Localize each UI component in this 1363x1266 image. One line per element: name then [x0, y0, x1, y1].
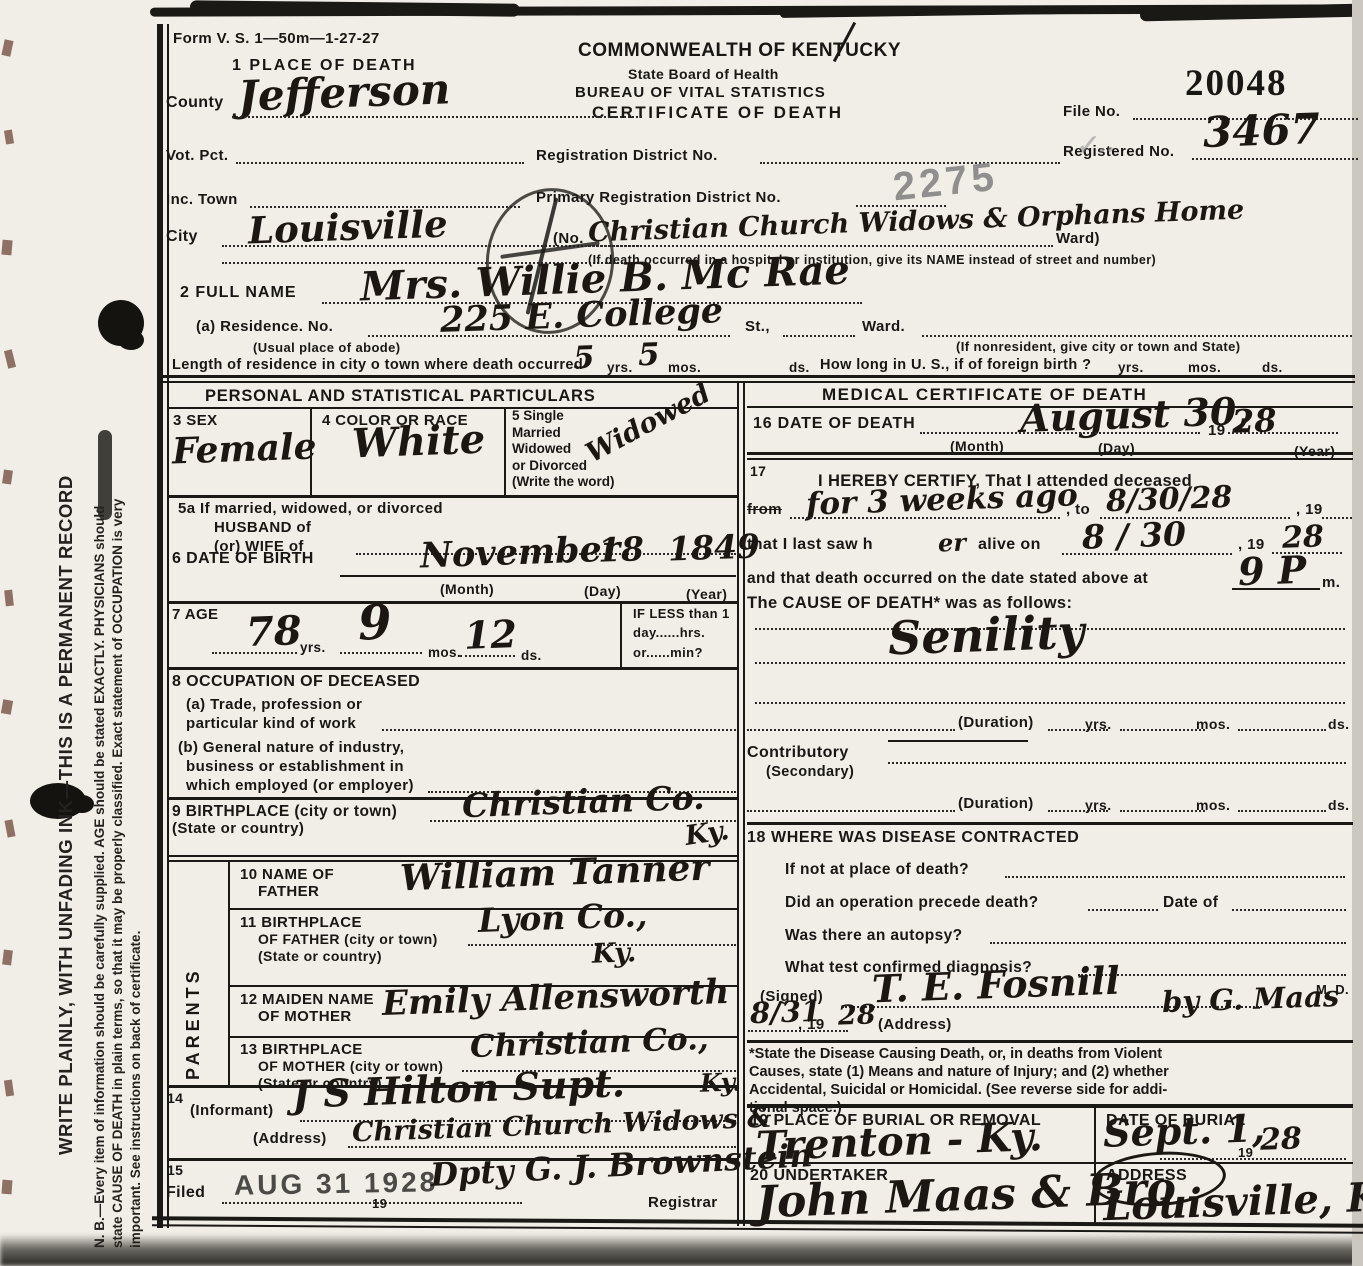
certificate-heading: CERTIFICATE OF DEATH: [592, 103, 843, 123]
board-heading: State Board of Health: [628, 66, 779, 82]
mother-birthplace-state: Ky.: [700, 1067, 742, 1097]
ward-close-label: Ward): [1056, 230, 1100, 247]
footnote-line: *State the Disease Causing Death, or, in…: [749, 1045, 1169, 1063]
informant-number: 14: [167, 1090, 183, 1106]
signed-address-label: (Address): [878, 1016, 952, 1033]
q-operation-line: [1088, 909, 1158, 911]
age-mos-label: mos.: [428, 645, 461, 660]
race-value: White: [351, 416, 486, 468]
dod-year-note: (Year): [1294, 443, 1335, 459]
last-saw-pronoun: er: [938, 528, 967, 558]
district-number-stamp: 2275: [891, 155, 1000, 211]
father-birthplace-label-line2: OF FATHER (city or town): [258, 931, 438, 947]
birthplace-value: Christian Co.: [461, 778, 705, 825]
q-not-at-place-label: If not at place of death?: [785, 861, 969, 879]
undertaker-address-value: Louisville, Ky: [1102, 1173, 1363, 1230]
q-autopsy-line: [990, 942, 1346, 944]
dob-day-note: (Day): [584, 583, 621, 599]
dob-month-note: (Month): [440, 581, 494, 597]
registered-no-value: 3467: [1202, 104, 1321, 157]
duration2-mos: mos.: [1196, 797, 1230, 813]
duration-line-b: [1120, 729, 1205, 731]
from-label: from: [747, 501, 782, 518]
margin-nb-note-line3: important. See instructions on back of c…: [128, 931, 143, 1248]
scan-edge-mark: [4, 1080, 14, 1097]
filed-number: 15: [167, 1162, 183, 1178]
street-label: St.,: [745, 318, 770, 335]
burial-year-value: 28: [1259, 1121, 1302, 1157]
filed-label: Filed: [166, 1184, 205, 1202]
file-no-label: File No.: [1063, 103, 1120, 120]
ward-label: Ward.: [862, 318, 905, 335]
duration-ds: ds.: [1328, 716, 1349, 732]
marital-label-line: 5 Single: [512, 408, 615, 425]
scan-right-edge: [1352, 0, 1363, 1266]
ward-line: [922, 335, 1352, 337]
duration2-lead-line: [747, 810, 955, 812]
institution-open-label: (No.: [553, 230, 584, 247]
duration-yrs: yrs.: [1085, 716, 1112, 732]
if-less-line2: day......hrs.: [633, 625, 705, 640]
duration-mos: mos.: [1196, 716, 1230, 732]
death-certificate-scan: WRITE PLAINLY, WITH UNFADING INK—THIS IS…: [0, 0, 1363, 1266]
inc-town-label: Inc. Town: [166, 191, 238, 208]
full-name-label: 2 FULL NAME: [180, 284, 296, 302]
mother-birthplace-value: Christian Co.,: [469, 1021, 709, 1065]
informant-label: (Informant): [190, 1102, 274, 1119]
birthplace-label: 9 BIRTHPLACE (city or town): [172, 803, 397, 821]
registrar-label: Registrar: [648, 1194, 717, 1211]
scan-edge-mark: [1, 39, 13, 57]
duration-lead-line: [747, 729, 955, 731]
dob-month-value: November: [419, 529, 620, 577]
father-birthplace-state: Ky.: [591, 937, 636, 970]
scan-edge-mark: [4, 129, 14, 144]
to-year-label: , 19: [1296, 501, 1323, 518]
scan-edge-mark: [1, 240, 12, 256]
q-operation-label: Did an operation precede death?: [785, 894, 1039, 912]
physician-signature: T. E. Fosnill: [871, 958, 1120, 1012]
informant-address-label: (Address): [253, 1130, 327, 1147]
length-yrs-value: 5: [572, 340, 595, 377]
nonresident-note: (If nonresident, give city or town and S…: [956, 339, 1241, 354]
footnote-line: Accidental, Suicidal or Homicidal. (See …: [749, 1081, 1169, 1099]
q-operation-date-line: [1232, 909, 1346, 911]
husband-label-line2: HUSBAND of: [214, 519, 311, 536]
certify-number: 17: [750, 463, 766, 479]
filed-date-stamp: AUG 31 1928: [234, 1166, 439, 1202]
contributory-mark: [888, 740, 1028, 742]
marital-label-line: (Write the word): [512, 474, 615, 491]
county-value: Jefferson: [237, 64, 451, 120]
scan-edge-mark: [4, 349, 16, 368]
father-birthplace-value: Lyon Co.,: [477, 895, 648, 940]
age-ds-label: ds.: [521, 648, 542, 663]
duration-label: (Duration): [958, 714, 1034, 731]
contributory-line: [888, 762, 1346, 764]
county-line: [232, 116, 642, 118]
row-divider: [747, 1040, 1353, 1043]
duration2-label: (Duration): [958, 795, 1034, 812]
margin-nb-note-line2: state CAUSE OF DEATH in plain terms, so …: [110, 499, 125, 1248]
section-divider: [159, 375, 1355, 378]
howlong-mos-label: mos.: [1188, 360, 1221, 375]
length-ds-label: ds.: [789, 360, 810, 375]
occupation-a-line1: (a) Trade, profession or: [186, 696, 362, 713]
age-yrs-line: [212, 652, 297, 654]
row-divider: [747, 1162, 1353, 1164]
sex-value: Female: [171, 425, 317, 472]
signed-date-line: [748, 1030, 848, 1032]
husband-label-line1: 5a If married, widowed, or divorced: [178, 500, 443, 517]
abode-note: (Usual place of abode): [253, 340, 401, 355]
birthplace-sub: (State or country): [172, 820, 304, 837]
duration2-line-b: [1120, 810, 1205, 812]
margin-nb-note-line1: N. B.—Every item of information should b…: [92, 506, 107, 1248]
street-line: [783, 335, 855, 337]
death-time-line: [1232, 588, 1320, 590]
md-label: M. D.: [1316, 982, 1349, 997]
ink-blot: [118, 330, 144, 350]
father-name-label-line1: 10 NAME OF: [240, 866, 334, 883]
father-birthplace-label-line3: (State or country): [258, 948, 382, 964]
last-saw-value: 8 / 30: [1081, 514, 1186, 557]
footnote-line: Causes, state (1) Means and nature of In…: [749, 1063, 1169, 1081]
attended-from-line: [790, 517, 1060, 519]
form-number: Form V. S. 1—50m—1-27-27: [173, 30, 380, 47]
to-year-line: [1322, 517, 1352, 519]
residence-line: [368, 335, 730, 337]
cause-of-death-value: Senility: [887, 605, 1085, 666]
scan-edge-mark: [1, 699, 13, 715]
parents-divider: [228, 860, 230, 1085]
disease-contracted-label: 18 WHERE WAS DISEASE CONTRACTED: [747, 829, 1079, 847]
occupation-b-line1: (b) General nature of industry,: [178, 739, 404, 756]
row-divider: [169, 667, 737, 670]
length-yrs-label: yrs.: [607, 360, 633, 375]
bureau-heading: BUREAU OF VITAL STATISTICS: [575, 84, 826, 101]
dod-year-prefix: 19: [1208, 422, 1226, 439]
length-mos-value: 5: [637, 337, 660, 374]
length-of-residence-label: Length of residence in city o town where…: [172, 357, 583, 373]
q-autopsy-label: Was there an autopsy?: [785, 927, 963, 945]
occupation-a-line: [382, 729, 736, 731]
occupation-a-line2: particular kind of work: [186, 715, 356, 732]
dob-label: 6 DATE OF BIRTH: [172, 550, 314, 568]
row-divider: [747, 452, 1353, 455]
vot-pct-line: [236, 162, 524, 164]
filed-year-label: 19: [372, 1196, 387, 1211]
dob-line: [340, 575, 736, 577]
age-label: 7 AGE: [172, 606, 218, 623]
county-label: County: [166, 94, 224, 112]
scan-bottom-shadow: [0, 1234, 1363, 1266]
age-mos-line: [340, 652, 422, 654]
row-divider: [169, 495, 737, 498]
pencil-mark: ✓‥: [1074, 128, 1116, 162]
row-divider: [169, 601, 737, 604]
secondary-label: (Secondary): [766, 764, 854, 780]
last-saw-post: alive on: [978, 536, 1041, 554]
column-divider: [743, 381, 745, 1226]
mother-name-value: Emily Allensworth: [381, 972, 729, 1024]
form-left-border: [157, 24, 163, 1228]
mother-name-label-line2: OF MOTHER: [258, 1008, 352, 1025]
length-mos-label: mos.: [668, 360, 701, 375]
age-ds-line: [460, 655, 515, 657]
column-divider: [737, 381, 739, 1226]
dob-day-value: 18: [597, 529, 644, 570]
how-long-us-label: How long in U. S., if of foreign birth ?: [820, 357, 1091, 373]
cell-divider: [504, 407, 506, 495]
registered-no-line: [1192, 158, 1358, 160]
scan-edge-mark: [2, 950, 13, 966]
occupation-b-line3: which employed (or employer): [186, 777, 414, 794]
age-mos-value: 9: [357, 594, 392, 651]
registration-district-label: Registration District No.: [536, 147, 718, 164]
cell-divider: [620, 601, 622, 667]
signed-year-value: 28: [837, 999, 876, 1031]
row-divider: [747, 822, 1353, 825]
scan-edge-mark: [2, 1180, 13, 1195]
margin-write-plainly-note: WRITE PLAINLY, WITH UNFADING INK—THIS IS…: [55, 475, 77, 1155]
file-no-value: 20048: [1185, 62, 1288, 105]
attended-to-value: 8/30/28: [1105, 480, 1232, 519]
death-time-m-label: m.: [1322, 574, 1340, 591]
residence-label: (a) Residence. No.: [196, 318, 333, 335]
scan-edge-mark: [4, 590, 14, 607]
date-of-death-label: 16 DATE OF DEATH: [753, 415, 915, 433]
date-of-death-line: [920, 432, 1200, 434]
cause-line3: [755, 702, 1345, 704]
residence-value: 225 E. College: [439, 290, 723, 341]
dod-year-value: 28: [1231, 401, 1277, 441]
parents-label: PARENTS: [183, 900, 204, 1080]
contributory-label: Contributory: [747, 744, 849, 762]
q-operation-date-label: Date of: [1163, 894, 1218, 912]
death-occurred-text: and that death occurred on the date stat…: [747, 570, 1148, 588]
howlong-yrs-label: yrs.: [1118, 360, 1144, 375]
duration2-ds: ds.: [1328, 797, 1349, 813]
section-divider: [159, 381, 1355, 383]
row-divider: [747, 458, 1353, 460]
age-yrs-label: yrs.: [300, 640, 326, 655]
age-yrs-value: 78: [245, 607, 302, 656]
physician-signed-by: by G. Maas: [1161, 979, 1339, 1019]
q-not-at-place-line: [1005, 876, 1345, 878]
sex-label: 3 SEX: [173, 412, 218, 429]
age-ds-value: 12: [463, 611, 517, 658]
vot-pct-label: Vot. Pct.: [166, 147, 229, 164]
to-label: , to: [1066, 501, 1090, 518]
occupation-b-line2: business or establishment in: [186, 758, 404, 775]
duration2-yrs: yrs.: [1085, 797, 1112, 813]
father-name-label-line2: FATHER: [258, 883, 319, 900]
personal-title: PERSONAL AND STATISTICAL PARTICULARS: [205, 387, 596, 406]
city-label: City: [166, 228, 198, 246]
cause-line2: [755, 662, 1345, 664]
howlong-ds-label: ds.: [1262, 360, 1283, 375]
scan-edge-mark: [2, 469, 13, 484]
scan-edge-mark: [4, 819, 15, 837]
dod-year-line: [1228, 432, 1338, 434]
duration2-line-c: [1238, 810, 1326, 812]
father-birthplace-label-line1: 11 BIRTHPLACE: [240, 914, 362, 931]
last-saw-pre: that I last saw h: [747, 536, 873, 554]
commonwealth-heading: COMMONWEALTH OF KENTUCKY: [578, 40, 901, 62]
mother-name-label-line1: 12 MAIDEN NAME: [240, 991, 374, 1008]
duration-line-c: [1238, 729, 1326, 731]
occupation-label: 8 OCCUPATION OF DECEASED: [172, 673, 420, 691]
mother-birthplace-label-line1: 13 BIRTHPLACE: [240, 1041, 363, 1058]
if-less-line3: or......min?: [633, 645, 703, 660]
dob-year-note: (Year): [686, 586, 727, 602]
if-less-line1: IF LESS than 1: [633, 606, 730, 621]
